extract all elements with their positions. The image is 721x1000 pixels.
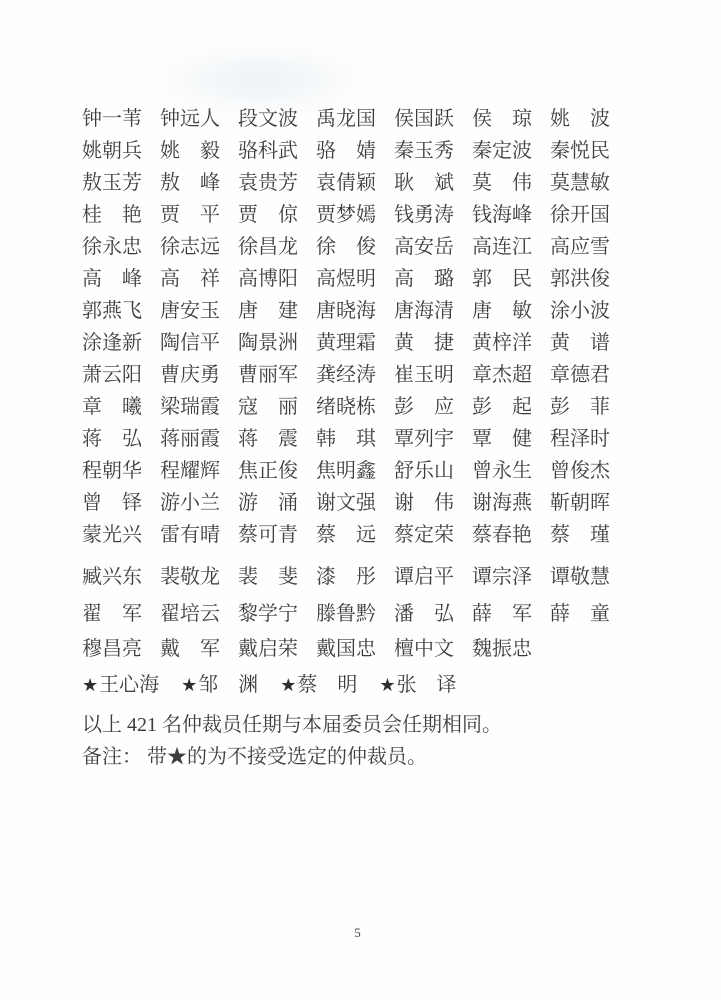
arbitrator-name: 萧云阳 <box>82 359 142 391</box>
arbitrator-name: 徐开国 <box>550 199 610 231</box>
arbitrator-name: 郭 民 <box>472 263 532 295</box>
star-icon: ★ <box>82 669 98 701</box>
arbitrator-name: 黄理霜 <box>316 327 376 359</box>
starred-arbitrator-name: 王心海 <box>99 669 159 701</box>
arbitrator-name: 裴敬龙 <box>160 561 220 593</box>
name-table-row: 蒙光兴雷有晴蔡可青蔡 远蔡定荣蔡春艳蔡 瑾 <box>82 519 642 551</box>
arbitrator-name: 漆 彤 <box>316 561 376 593</box>
name-table-row: 姚朝兵姚 毅骆科武骆 婧秦玉秀秦定波秦悦民 <box>82 135 642 167</box>
arbitrator-name: 姚 波 <box>550 103 610 135</box>
arbitrator-name: 耿 斌 <box>394 167 454 199</box>
arbitrator-name: 谭敬慧 <box>550 561 610 593</box>
arbitrator-name: 钟远人 <box>160 103 220 135</box>
arbitrator-name: 徐志远 <box>160 231 220 263</box>
arbitrator-name: 靳朝晖 <box>550 487 610 519</box>
arbitrator-name: 高煜明 <box>316 263 376 295</box>
arbitrator-name: 秦玉秀 <box>394 135 454 167</box>
starred-arbitrator-entry: ★张 译 <box>379 669 456 701</box>
arbitrator-name: 薛 童 <box>550 598 610 630</box>
note-term-summary: 以上 421 名仲裁员任期与本届委员会任期相同。 <box>82 709 642 741</box>
arbitrator-name: 彭 菲 <box>550 391 610 423</box>
arbitrator-name: 钱海峰 <box>472 199 532 231</box>
arbitrator-name: 裴 斐 <box>238 561 298 593</box>
arbitrator-name: 袁贵芳 <box>238 167 298 199</box>
page-content: 钟一苇钟远人段文波禹龙国侯国跃侯 琼姚 波姚朝兵姚 毅骆科武骆 婧秦玉秀秦定波秦… <box>82 103 642 773</box>
arbitrator-name: 谭启平 <box>394 561 454 593</box>
arbitrator-name: 贾 倞 <box>238 199 298 231</box>
name-table-row: 桂 艳贾 平贾 倞贾梦嫣钱勇涛钱海峰徐开国 <box>82 199 642 231</box>
arbitrator-name: 高 峰 <box>82 263 142 295</box>
arbitrator-name: 徐永忠 <box>82 231 142 263</box>
arbitrator-name: 龚经涛 <box>316 359 376 391</box>
star-icon: ★ <box>379 669 395 701</box>
document-page: 钟一苇钟远人段文波禹龙国侯国跃侯 琼姚 波姚朝兵姚 毅骆科武骆 婧秦玉秀秦定波秦… <box>0 0 721 1000</box>
arbitrator-name: 姚 毅 <box>160 135 220 167</box>
arbitrator-name: 蒋 弘 <box>82 423 142 455</box>
arbitrator-name: 郭洪俊 <box>550 263 610 295</box>
arbitrator-name: 章 曦 <box>82 391 142 423</box>
arbitrator-name: 彭 应 <box>394 391 454 423</box>
arbitrator-name: 章德君 <box>550 359 610 391</box>
arbitrator-name: 高 璐 <box>394 263 454 295</box>
arbitrator-name: 曾永生 <box>472 455 532 487</box>
name-table-row: 臧兴东裴敬龙裴 斐漆 彤谭启平谭宗泽谭敬慧 <box>82 561 642 593</box>
arbitrator-name: 唐 建 <box>238 295 298 327</box>
name-table-row: 曾 铎游小兰游 涌谢文强谢 伟谢海燕靳朝晖 <box>82 487 642 519</box>
arbitrator-name: 秦定波 <box>472 135 532 167</box>
arbitrator-name: 禹龙国 <box>316 103 376 135</box>
arbitrator-name: 韩 琪 <box>316 423 376 455</box>
arbitrator-name: 高博阳 <box>238 263 298 295</box>
page-number: 5 <box>0 925 715 941</box>
star-icon: ★ <box>181 669 197 701</box>
arbitrator-name: 唐海清 <box>394 295 454 327</box>
arbitrator-name: 敖玉芳 <box>82 167 142 199</box>
starred-arbitrator-name: 蔡 明 <box>297 669 357 701</box>
arbitrator-name: 钱勇涛 <box>394 199 454 231</box>
arbitrator-name: 程耀辉 <box>160 455 220 487</box>
arbitrator-name: 秦悦民 <box>550 135 610 167</box>
arbitrator-name: 高应雪 <box>550 231 610 263</box>
arbitrator-name: 魏振忠 <box>472 633 532 665</box>
note-remark: 备注： 带★的为不接受选定的仲裁员。 <box>82 741 642 773</box>
arbitrator-name: 陶景洲 <box>238 327 298 359</box>
arbitrator-name: 黄 捷 <box>394 327 454 359</box>
name-table-row: 敖玉芳敖 峰袁贵芳袁倩颖耿 斌莫 伟莫慧敏 <box>82 167 642 199</box>
arbitrator-name: 涂逢新 <box>82 327 142 359</box>
arbitrator-name: 舒乐山 <box>394 455 454 487</box>
arbitrator-name: 陶信平 <box>160 327 220 359</box>
arbitrator-name: 曹庆勇 <box>160 359 220 391</box>
arbitrator-name: 谢海燕 <box>472 487 532 519</box>
arbitrator-name: 唐晓海 <box>316 295 376 327</box>
arbitrator-name: 曹丽军 <box>238 359 298 391</box>
arbitrator-name: 寇 丽 <box>238 391 298 423</box>
arbitrator-name: 黄梓洋 <box>472 327 532 359</box>
arbitrator-name: 蔡定荣 <box>394 519 454 551</box>
name-table-row: 钟一苇钟远人段文波禹龙国侯国跃侯 琼姚 波 <box>82 103 642 135</box>
arbitrator-name: 蒋 震 <box>238 423 298 455</box>
arbitrator-name: 黎学宁 <box>238 598 298 630</box>
starred-arbitrator-name: 邹 渊 <box>198 669 258 701</box>
arbitrator-name: 焦明鑫 <box>316 455 376 487</box>
starred-arbitrator-name: 张 译 <box>397 669 457 701</box>
arbitrator-name: 敖 峰 <box>160 167 220 199</box>
name-table: 钟一苇钟远人段文波禹龙国侯国跃侯 琼姚 波姚朝兵姚 毅骆科武骆 婧秦玉秀秦定波秦… <box>82 103 642 665</box>
arbitrator-name: 蒋丽霞 <box>160 423 220 455</box>
starred-arbitrator-entry: ★蔡 明 <box>280 669 357 701</box>
arbitrator-name: 臧兴东 <box>82 561 142 593</box>
starred-arbitrator-entry: ★王心海 <box>82 669 159 701</box>
starred-arbitrator-entry: ★邹 渊 <box>181 669 258 701</box>
arbitrator-name: 檀中文 <box>394 633 454 665</box>
arbitrator-name: 桂 艳 <box>82 199 142 231</box>
name-table-row: 涂逢新陶信平陶景洲黄理霜黄 捷黄梓洋黄 谱 <box>82 327 642 359</box>
arbitrator-name: 谢 伟 <box>394 487 454 519</box>
name-table-row: 郭燕飞唐安玉唐 建唐晓海唐海清唐 敏涂小波 <box>82 295 642 327</box>
arbitrator-name: 钟一苇 <box>82 103 142 135</box>
name-table-row: 徐永忠徐志远徐昌龙徐 俊高安岳高连江高应雪 <box>82 231 642 263</box>
arbitrator-name: 唐安玉 <box>160 295 220 327</box>
arbitrator-name: 翟培云 <box>160 598 220 630</box>
arbitrator-name: 游小兰 <box>160 487 220 519</box>
arbitrator-name: 徐昌龙 <box>238 231 298 263</box>
arbitrator-name: 穆昌亮 <box>82 633 142 665</box>
arbitrator-name: 高连江 <box>472 231 532 263</box>
star-icon: ★ <box>280 669 296 701</box>
arbitrator-name: 程朝华 <box>82 455 142 487</box>
arbitrator-name: 侯国跃 <box>394 103 454 135</box>
arbitrator-name: 涂小波 <box>550 295 610 327</box>
name-table-row: 穆昌亮戴 军戴启荣戴国忠檀中文魏振忠 <box>82 633 642 665</box>
arbitrator-name: 郭燕飞 <box>82 295 142 327</box>
arbitrator-name: 曾俊杰 <box>550 455 610 487</box>
arbitrator-name: 高安岳 <box>394 231 454 263</box>
arbitrator-name: 蒙光兴 <box>82 519 142 551</box>
arbitrator-name: 蔡春艳 <box>472 519 532 551</box>
arbitrator-name: 程泽时 <box>550 423 610 455</box>
arbitrator-name: 蔡 远 <box>316 519 376 551</box>
arbitrator-name: 蔡可青 <box>238 519 298 551</box>
arbitrator-name: 谢文强 <box>316 487 376 519</box>
arbitrator-name: 骆 婧 <box>316 135 376 167</box>
arbitrator-name: 骆科武 <box>238 135 298 167</box>
arbitrator-name: 侯 琼 <box>472 103 532 135</box>
arbitrator-name: 薛 军 <box>472 598 532 630</box>
arbitrator-name: 戴启荣 <box>238 633 298 665</box>
arbitrator-name: 彭 起 <box>472 391 532 423</box>
arbitrator-name: 蔡 瑾 <box>550 519 610 551</box>
arbitrator-name: 雷有晴 <box>160 519 220 551</box>
arbitrator-name: 覃列宇 <box>394 423 454 455</box>
starred-names-row: ★王心海★邹 渊★蔡 明★张 译 <box>82 669 642 701</box>
name-table-row: 蒋 弘蒋丽霞蒋 震韩 琪覃列宇覃 健程泽时 <box>82 423 642 455</box>
arbitrator-name: 焦正俊 <box>238 455 298 487</box>
arbitrator-name: 戴国忠 <box>316 633 376 665</box>
arbitrator-name: 游 涌 <box>238 487 298 519</box>
arbitrator-name: 曾 铎 <box>82 487 142 519</box>
arbitrator-name: 戴 军 <box>160 633 220 665</box>
arbitrator-name: 潘 弘 <box>394 598 454 630</box>
arbitrator-name: 唐 敏 <box>472 295 532 327</box>
name-table-row: 高 峰高 祥高博阳高煜明高 璐郭 民郭洪俊 <box>82 263 642 295</box>
arbitrator-name: 梁瑞霞 <box>160 391 220 423</box>
arbitrator-name: 袁倩颖 <box>316 167 376 199</box>
name-table-row: 翟 军翟培云黎学宁滕鲁黔潘 弘薛 军薛 童 <box>82 598 642 630</box>
arbitrator-name: 翟 军 <box>82 598 142 630</box>
arbitrator-name: 姚朝兵 <box>82 135 142 167</box>
arbitrator-name: 莫 伟 <box>472 167 532 199</box>
name-table-row: 程朝华程耀辉焦正俊焦明鑫舒乐山曾永生曾俊杰 <box>82 455 642 487</box>
name-table-row: 章 曦梁瑞霞寇 丽绪晓栋彭 应彭 起彭 菲 <box>82 391 642 423</box>
arbitrator-name: 莫慧敏 <box>550 167 610 199</box>
arbitrator-name: 黄 谱 <box>550 327 610 359</box>
arbitrator-name: 覃 健 <box>472 423 532 455</box>
arbitrator-name: 滕鲁黔 <box>316 598 376 630</box>
arbitrator-name: 绪晓栋 <box>316 391 376 423</box>
arbitrator-name: 高 祥 <box>160 263 220 295</box>
arbitrator-name: 贾 平 <box>160 199 220 231</box>
name-table-row: 萧云阳曹庆勇曹丽军龚经涛崔玉明章杰超章德君 <box>82 359 642 391</box>
arbitrator-name: 段文波 <box>238 103 298 135</box>
arbitrator-name: 贾梦嫣 <box>316 199 376 231</box>
arbitrator-name: 章杰超 <box>472 359 532 391</box>
arbitrator-name: 崔玉明 <box>394 359 454 391</box>
arbitrator-name: 徐 俊 <box>316 231 376 263</box>
arbitrator-name: 谭宗泽 <box>472 561 532 593</box>
